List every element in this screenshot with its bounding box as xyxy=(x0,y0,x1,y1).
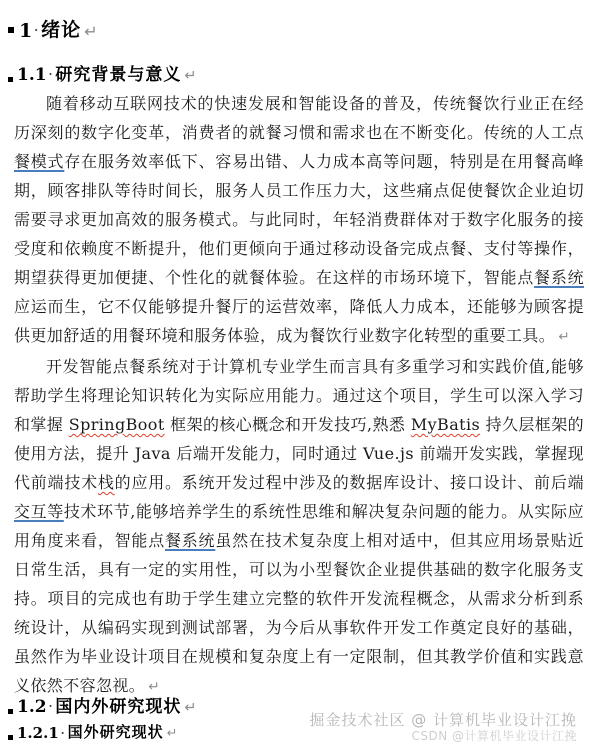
grammar-check-underlined-text: 交互等 xyxy=(14,502,64,521)
space-format-mark: · xyxy=(34,20,38,37)
heading-number: 1 xyxy=(19,20,32,42)
paragraph-mark: ↵ xyxy=(167,726,178,741)
paragraph-mark: ↵ xyxy=(184,68,196,84)
heading-title: 研究背景与意义 xyxy=(55,60,181,85)
paragraph-value: 开发智能点餐系统对于计算机专业学生而言具有多重学习和实践价值,能够帮助学生将理论… xyxy=(14,352,584,702)
text-run: 随着移动互联网技术的快速发展和智能设备的普及，传统餐饮行业正在经历深刻的数字化变… xyxy=(14,94,584,142)
heading-title: 国外研究现状 xyxy=(68,721,164,742)
heading-bullet-icon xyxy=(8,735,13,740)
heading-bullet-icon xyxy=(8,709,13,714)
space-format-mark: · xyxy=(61,723,65,740)
heading-number: 1.1 xyxy=(17,65,47,85)
heading-1-1-section: 1.1 · 研究背景与意义 ↵ xyxy=(8,60,197,85)
grammar-check-underlined-text: 餐系统 xyxy=(534,268,584,287)
heading-title: 国内外研究现状 xyxy=(55,692,181,717)
document-page: { "headings": { "h1": { "marker": "squar… xyxy=(0,0,589,750)
space-format-mark: · xyxy=(49,64,53,81)
heading-1-2-section: 1.2 · 国内外研究现状 ↵ xyxy=(8,692,197,717)
watermark-line1: 掘金技术社区 @ 计算机毕业设计江挽 xyxy=(309,711,577,729)
heading-title: 绪论 xyxy=(41,15,81,42)
watermark-line2: CSDN @计算机毕业设计江挽 xyxy=(309,729,577,743)
paragraph-background: 随着移动互联网技术的快速发展和智能设备的普及，传统餐饮行业正在经历深刻的数字化变… xyxy=(14,89,584,352)
document-body: 随着移动互联网技术的快速发展和智能设备的普及，传统餐饮行业正在经历深刻的数字化变… xyxy=(14,89,584,702)
watermark: 掘金技术社区 @ 计算机毕业设计江挽 CSDN @计算机毕业设计江挽 xyxy=(309,711,577,743)
spellcheck-underlined-text: MyBatis xyxy=(411,415,480,434)
grammar-check-underlined-text: 餐模式 xyxy=(14,152,64,171)
grammar-check-underlined-text: 餐系统 xyxy=(165,531,215,550)
space-format-mark: · xyxy=(49,696,53,713)
text-run: 框架的核心概念和开发技巧,熟悉 xyxy=(165,415,411,434)
heading-bullet-icon xyxy=(8,27,14,33)
text-run: 存在服务效率低下、容易出错、人力成本高等问题，特别是在用餐高峰期，顾客排队等待时… xyxy=(14,152,584,287)
heading-number: 1.2 xyxy=(17,697,47,717)
spellcheck-underlined-text: 栈 xyxy=(98,473,115,492)
heading-bullet-icon xyxy=(8,77,13,82)
paragraph-mark: ↵ xyxy=(184,700,196,716)
heading-1-chapter: 1 · 绪论 ↵ xyxy=(8,15,98,42)
paragraph-mark: ↵ xyxy=(84,22,98,41)
heading-1-2-1-subsection: 1.2.1 · 国外研究现状 ↵ xyxy=(8,721,177,742)
text-run: 虽然在技术复杂度上相对适中，但其应用场景贴近日常生活，具有一定的实用性，可以为小… xyxy=(14,531,584,695)
text-run: 应运而生，它不仅能够提升餐厅的运营效率，降低人力成本，还能够为顾客提供更加舒适的… xyxy=(14,297,584,345)
text-run: 的应用。系统开发过程中涉及的数据库设计、接口设计、前后端 xyxy=(115,473,584,492)
paragraph-mark: ↵ xyxy=(558,323,570,352)
spellcheck-underlined-text: SpringBoot xyxy=(69,415,165,434)
heading-number: 1.2.1 xyxy=(17,724,59,742)
